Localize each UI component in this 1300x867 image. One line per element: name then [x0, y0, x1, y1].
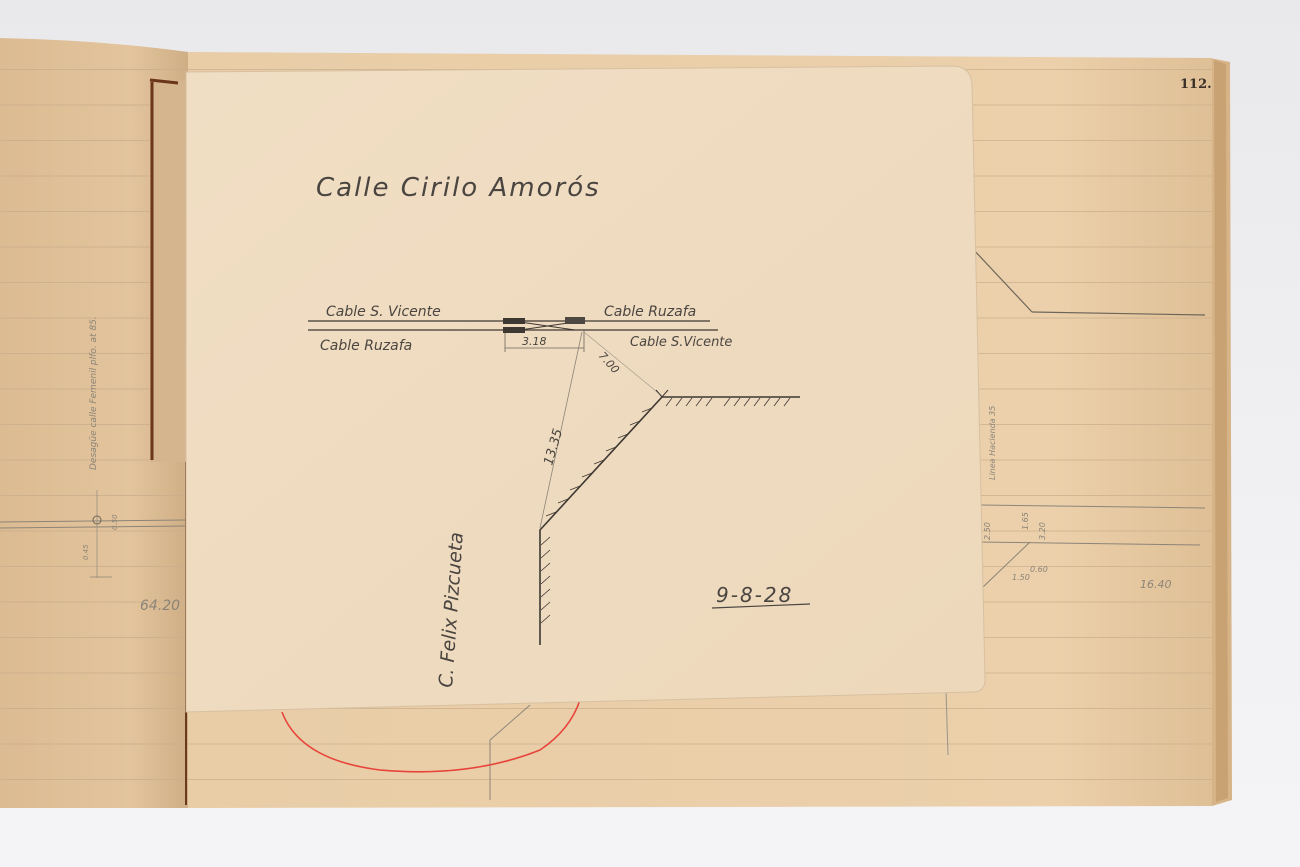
page-number: 112.	[1180, 77, 1212, 92]
right-page-measure-6: 16.40	[1140, 578, 1172, 591]
cable-label-top-right: Cable Ruzafa	[604, 304, 696, 320]
left-page-measurement: 64.20	[140, 598, 180, 614]
sketch-date: 9-8-28	[716, 583, 793, 607]
cable-label-bottom-left: Cable Ruzafa	[320, 338, 412, 354]
left-page-label-1: 0.45	[82, 544, 90, 560]
left-page-vertical-note: Desagüe calle Femenil plfo. at 85.	[89, 316, 99, 470]
right-page-measure-2: 1.65	[1021, 512, 1030, 530]
cable-label-top-left: Cable S. Vicente	[326, 304, 441, 320]
notebook-photo: Desagüe calle Femenil plfo. at 85. 0.45 …	[0, 0, 1300, 867]
right-page-measure-3: 3.20	[1038, 522, 1047, 540]
page-stack-edge	[1210, 58, 1232, 806]
left-page-label-2: 0.50	[111, 514, 119, 530]
cable-label-bottom-right: Cable S.Vicente	[630, 335, 732, 350]
sketch-title: Calle Cirilo Amorós	[316, 173, 601, 203]
right-page-vertical-note: Linea Hacienda 35	[988, 406, 997, 480]
dimension-splice-span: 3.18	[522, 335, 547, 348]
right-page-measure-1: 2.50	[983, 522, 992, 540]
right-page-measure-4: 1.50	[1012, 573, 1030, 582]
insert-sheet	[186, 66, 985, 712]
right-page-measure-5: 0.60	[1030, 565, 1048, 574]
